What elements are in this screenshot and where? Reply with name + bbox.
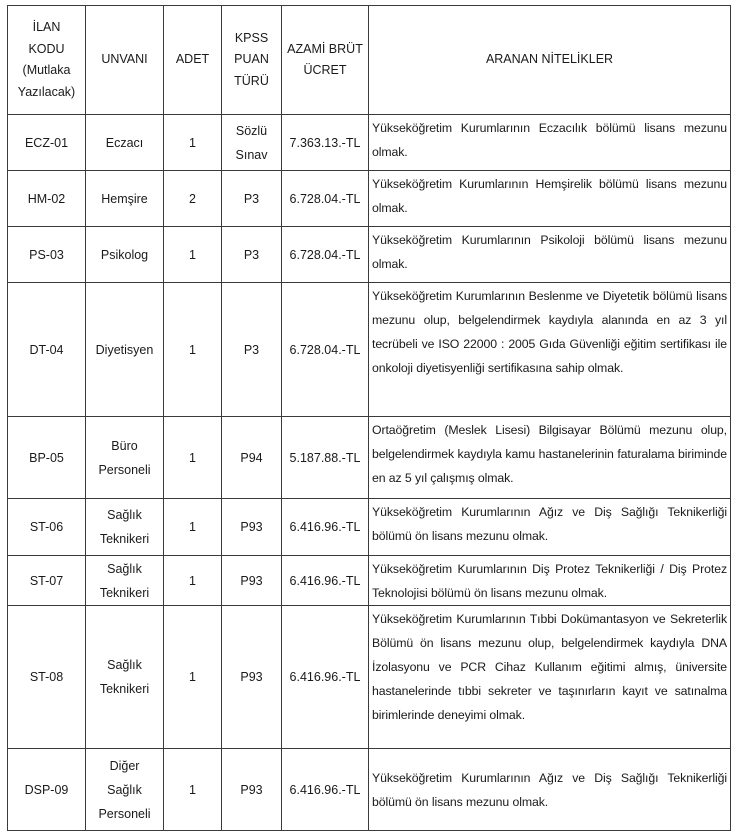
cell-salary: 6.728.04.-TL [282, 171, 369, 227]
cell-count: 1 [164, 499, 222, 556]
cell-title: Psikolog [86, 227, 164, 283]
cell-salary: 6.728.04.-TL [282, 227, 369, 283]
cell-score-type: P93 [222, 499, 282, 556]
cell-count: 1 [164, 417, 222, 499]
cell-title: SağlıkTeknikeri [86, 606, 164, 749]
table-row: HM-02Hemşire2P36.728.04.-TLYükseköğretim… [8, 171, 731, 227]
cell-count: 1 [164, 227, 222, 283]
cell-count: 1 [164, 749, 222, 831]
cell-requirements: Ortaöğretim (Meslek Lisesi) Bilgisayar B… [369, 417, 731, 499]
cell-code: HM-02 [8, 171, 86, 227]
cell-requirements: Yükseköğretim Kurumlarının Eczacılık böl… [369, 115, 731, 171]
cell-score-type: P93 [222, 606, 282, 749]
table-row: DT-04Diyetisyen1P36.728.04.-TLYükseköğre… [8, 283, 731, 417]
cell-title: SağlıkTeknikeri [86, 499, 164, 556]
cell-code: ECZ-01 [8, 115, 86, 171]
table-row: PS-03Psikolog1P36.728.04.-TLYükseköğreti… [8, 227, 731, 283]
cell-code: ST-06 [8, 499, 86, 556]
cell-score-type: P94 [222, 417, 282, 499]
cell-code: PS-03 [8, 227, 86, 283]
table-row: ST-07SağlıkTeknikeri1P936.416.96.-TLYüks… [8, 556, 731, 606]
cell-score-type: SözlüSınav [222, 115, 282, 171]
cell-code: ST-08 [8, 606, 86, 749]
cell-requirements: Yükseköğretim Kurumlarının Diş Protez Te… [369, 556, 731, 606]
cell-salary: 6.416.96.-TL [282, 749, 369, 831]
cell-code: DT-04 [8, 283, 86, 417]
cell-score-type: P3 [222, 227, 282, 283]
header-title: UNVANI [86, 6, 164, 115]
cell-score-type: P93 [222, 749, 282, 831]
cell-salary: 6.416.96.-TL [282, 606, 369, 749]
cell-salary: 7.363.13.-TL [282, 115, 369, 171]
cell-requirements: Yükseköğretim Kurumlarının Beslenme ve D… [369, 283, 731, 417]
header-salary: AZAMİ BRÜTÜCRET [282, 6, 369, 115]
cell-score-type: P3 [222, 283, 282, 417]
cell-salary: 6.728.04.-TL [282, 283, 369, 417]
table-row: DSP-09DiğerSağlıkPersoneli1P936.416.96.-… [8, 749, 731, 831]
job-listings-table: İLANKODU(MutlakaYazılacak) UNVANI ADET K… [7, 5, 731, 831]
cell-code: DSP-09 [8, 749, 86, 831]
cell-requirements: Yükseköğretim Kurumlarının Hemşirelik bö… [369, 171, 731, 227]
cell-count: 1 [164, 556, 222, 606]
cell-title: DiğerSağlıkPersoneli [86, 749, 164, 831]
cell-requirements: Yükseköğretim Kurumlarının Tıbbi Doküman… [369, 606, 731, 749]
table-header-row: İLANKODU(MutlakaYazılacak) UNVANI ADET K… [8, 6, 731, 115]
cell-title: SağlıkTeknikeri [86, 556, 164, 606]
cell-score-type: P93 [222, 556, 282, 606]
table-row: ST-08SağlıkTeknikeri1P936.416.96.-TLYüks… [8, 606, 731, 749]
cell-count: 2 [164, 171, 222, 227]
header-code: İLANKODU(MutlakaYazılacak) [8, 6, 86, 115]
table-row: ST-06SağlıkTeknikeri1P936.416.96.-TLYüks… [8, 499, 731, 556]
header-requirements: ARANAN NİTELİKLER [369, 6, 731, 115]
cell-count: 1 [164, 606, 222, 749]
cell-requirements: Yükseköğretim Kurumlarının Ağız ve Diş S… [369, 749, 731, 831]
cell-code: ST-07 [8, 556, 86, 606]
header-count: ADET [164, 6, 222, 115]
cell-score-type: P3 [222, 171, 282, 227]
cell-requirements: Yükseköğretim Kurumlarının Psikoloji böl… [369, 227, 731, 283]
cell-salary: 5.187.88.-TL [282, 417, 369, 499]
cell-title: Diyetisyen [86, 283, 164, 417]
cell-count: 1 [164, 283, 222, 417]
cell-title: BüroPersoneli [86, 417, 164, 499]
cell-title: Hemşire [86, 171, 164, 227]
cell-salary: 6.416.96.-TL [282, 499, 369, 556]
header-score-type: KPSSPUANTÜRÜ [222, 6, 282, 115]
cell-requirements: Yükseköğretim Kurumlarının Ağız ve Diş S… [369, 499, 731, 556]
cell-count: 1 [164, 115, 222, 171]
cell-code: BP-05 [8, 417, 86, 499]
table-row: BP-05BüroPersoneli1P945.187.88.-TLOrtaöğ… [8, 417, 731, 499]
table-row: ECZ-01Eczacı1SözlüSınav7.363.13.-TLYükse… [8, 115, 731, 171]
cell-salary: 6.416.96.-TL [282, 556, 369, 606]
cell-title: Eczacı [86, 115, 164, 171]
